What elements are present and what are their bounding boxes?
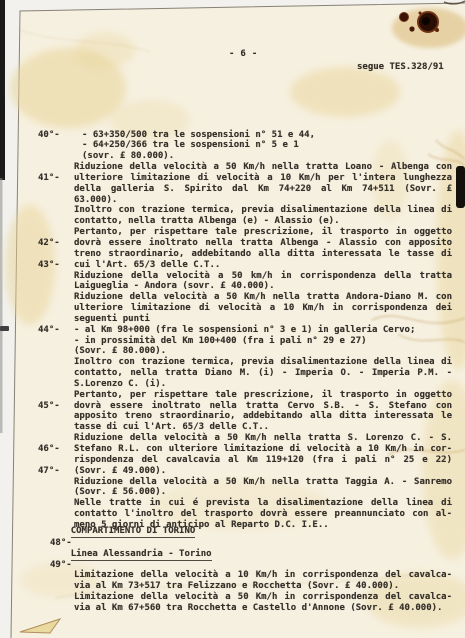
document-line: S.Lorenzo C. (i). <box>0 346 465 357</box>
document-line: 43°- Riduzione della velocità a 50 Km/h … <box>0 260 465 271</box>
document-line: via al Km 67+560 tra Rocchetta e Castell… <box>0 570 465 581</box>
document-line: Pertanto, per rispettare tale prescrizio… <box>0 357 465 368</box>
document-line: ulteriore limitazione di velocità a 10 K… <box>0 271 465 282</box>
document-line: via al Km 73+517 tra Felizzano e Rocchet… <box>0 549 465 560</box>
document-line: - 64+250/366 tra le sospensioni n° 5 e 1 <box>0 108 465 119</box>
document-reference: segue TES.328/91 <box>357 62 444 72</box>
scanned-document-page: - 6 - segue TES.328/91 - 63+350/500 tra … <box>0 0 465 638</box>
document-line: Linea Alessandria - Torino <box>0 527 465 538</box>
document-line: (Sovr. £ 49.000). <box>0 433 465 444</box>
document-line: 46°- Riduzione della velocità a 50 Km/h … <box>0 444 465 455</box>
document-line: meno 5 giorni di anticipo al Reparto D.C… <box>0 487 465 498</box>
document-line: contatto l'inoltro del trasporto dovrà e… <box>0 477 465 488</box>
document-line: (Sovr. £ 80.000). <box>0 314 465 325</box>
document-line: Pertanto, per rispettare tale prescrizio… <box>0 195 465 206</box>
document-line: - al Km 98+000 (fra le sospensioni n° 3 … <box>0 292 465 303</box>
document-line: Laigueglia - Andora (sovr. £ 40.000). <box>0 249 465 260</box>
document-line: 42°- Riduzione della velocità a 50 km/h … <box>0 238 465 249</box>
item-number: 45°- <box>38 401 60 412</box>
document-line: 44°- Inoltro con trazione termica, previ… <box>0 325 465 336</box>
document-line: (Sovr. £ 56.000). <box>0 455 465 466</box>
document-line: dovrà essere inoltrato nella tratta Cerv… <box>0 368 465 379</box>
document-line: 63.000). <box>0 162 465 173</box>
item-number: 49°- <box>50 560 72 571</box>
document-line: ulteriore limitazione di velocità a 10 K… <box>0 140 465 151</box>
item-number: 40°- <box>38 130 60 141</box>
item-number: 48°- <box>50 538 72 549</box>
document-text-layer: - 6 - segue TES.328/91 - 63+350/500 tra … <box>0 0 465 638</box>
document-line: tasse di cui l'Art. 65/3 delle C.T.. <box>0 390 465 401</box>
document-line: - 63+350/500 tra le sospensioni n° 51 e … <box>0 97 465 108</box>
document-line: rispondenza del cavalcavia al Km 119+120… <box>0 422 465 433</box>
document-line: 47°- Nelle tratte in cui é prevista la d… <box>0 466 465 477</box>
document-line: della galleria S. Spirito dal Km 74+220 … <box>0 151 465 162</box>
item-number: 46°- <box>38 444 60 455</box>
item-number: 41°- <box>38 173 60 184</box>
document-line: COMPARTIMENTO DI TORINO <box>0 504 465 515</box>
document-line: (sovr. £ 80.000). <box>0 119 465 130</box>
document-line: contatto, nella tratta Diano M. (i) - Im… <box>0 336 465 347</box>
page-number: - 6 - <box>229 49 258 59</box>
item-number: 42°- <box>38 238 60 249</box>
document-line: treno straordinario, addebitando alla di… <box>0 216 465 227</box>
document-line: seguenti punti <box>0 281 465 292</box>
document-line: cui l'Art. 65/3 delle C.T.. <box>0 227 465 238</box>
document-line: 40°- Riduzione della velocità a 50 Km/h … <box>0 130 465 141</box>
document-line: dovrà essere inoltrato nella tratta Albe… <box>0 205 465 216</box>
document-line: contatto, nella tratta Albenga (e) - Ala… <box>0 184 465 195</box>
document-line: 45°- Riduzione della velocità a 50 Km/h … <box>0 401 465 412</box>
item-number: 43°- <box>38 260 60 271</box>
document-line: 49°- Limitazione della velocità a 50 Km/… <box>0 560 465 571</box>
document-line: 41°- Inoltro con trazione termica, previ… <box>0 173 465 184</box>
item-number: 44°- <box>38 325 60 336</box>
document-body: - 63+350/500 tra le sospensioni n° 51 e … <box>0 97 465 581</box>
line-text: via al Km 67+560 tra Rocchetta e Castell… <box>74 603 452 614</box>
document-line: Stefano R.L. con ulteriore limitazione d… <box>0 411 465 422</box>
document-line: - in prossimità del Km 100+400 (fra i pa… <box>0 303 465 314</box>
document-line: apposito treno straordinario, addebitand… <box>0 379 465 390</box>
document-line: 48°- Limitazione della velocità a 10 Km/… <box>0 538 465 549</box>
item-number: 47°- <box>38 466 60 477</box>
